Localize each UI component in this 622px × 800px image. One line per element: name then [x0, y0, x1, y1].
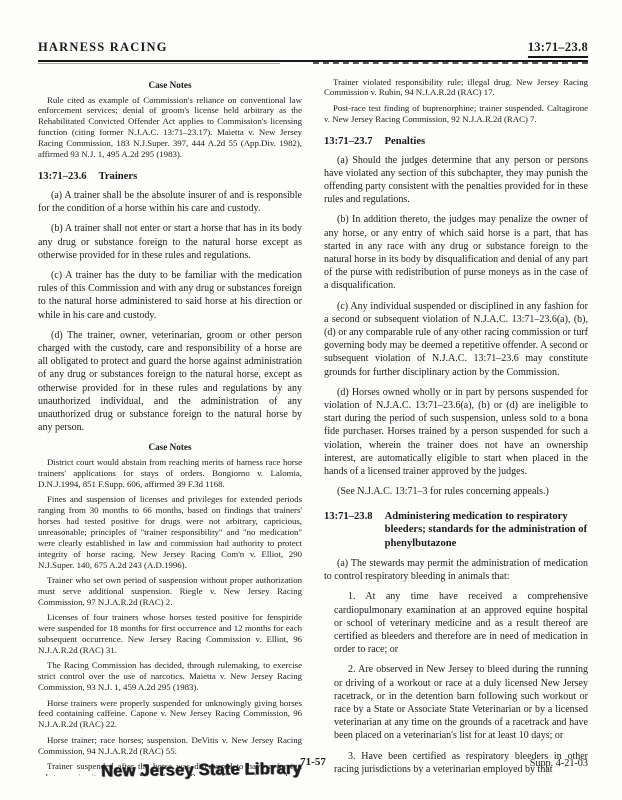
body-paragraph: (d) The trainer, owner, veterinarian, gr… [38, 329, 302, 435]
section-title: Trainers [99, 171, 138, 182]
right-column: Trainer violated responsibility rule; il… [324, 72, 588, 776]
header-rule [38, 60, 588, 66]
section-number: 13:71–23.6 [38, 171, 87, 182]
header-rule-dashed [313, 62, 588, 64]
section-heading: 13:71–23.7Penalties [324, 136, 588, 147]
body-paragraph: (a) The stewards may permit the administ… [324, 557, 588, 583]
case-note: The Racing Commission has decided, throu… [38, 660, 302, 693]
case-notes-heading: Case Notes [38, 80, 302, 90]
body-paragraph: (b) A trainer shall not enter or start a… [38, 222, 302, 262]
appeals-note: (See N.J.A.C. 13:71–3 for rules concerni… [324, 485, 588, 498]
case-note: Trainer who set own period of suspension… [38, 575, 302, 608]
header-rule-shadow [38, 63, 280, 64]
sub-paragraph: 2. Are observed in New Jersey to bleed d… [324, 663, 588, 742]
body-paragraph: (a) Should the judges determine that any… [324, 154, 588, 207]
left-column: Case Notes Rule cited as example of Comm… [38, 72, 302, 776]
sub-paragraph: 1. At any time have received a comprehen… [324, 590, 588, 656]
document-page: HARNESS RACING 13:71–23.8 Case Notes Rul… [0, 0, 622, 800]
page-number: 71-57 [300, 756, 326, 768]
body-paragraph: (a) A trainer shall be the absolute insu… [38, 189, 302, 215]
body-paragraph: (c) Any individual suspended or discipli… [324, 300, 588, 379]
running-head-right: 13:71–23.8 [528, 40, 588, 58]
case-note: Post-race test finding of buprenorphine;… [324, 103, 588, 125]
page-header: HARNESS RACING 13:71–23.8 [38, 40, 588, 58]
case-notes-heading: Case Notes [38, 442, 302, 452]
case-note: Horse trainer; race horses; suspension. … [38, 735, 302, 757]
case-note: Horse trainers were properly suspended f… [38, 698, 302, 731]
library-stamp: New Jersey State Library [101, 759, 302, 782]
case-note: Licenses of four trainers whose horses t… [38, 612, 302, 656]
text-columns: Case Notes Rule cited as example of Comm… [38, 72, 588, 776]
body-paragraph: (b) In addition thereto, the judges may … [324, 213, 588, 292]
section-number: 13:71–23.7 [324, 136, 373, 147]
section-heading: 13:71–23.8Administering medication to re… [324, 510, 588, 551]
section-title: Administering medication to respiratory … [385, 510, 588, 551]
section-number: 13:71–23.8 [324, 510, 373, 551]
supplement-date: Supp. 4-21-03 [530, 758, 588, 769]
body-paragraph: (d) Horses owned wholly or in part by pe… [324, 386, 588, 478]
body-paragraph: (c) A trainer has the duty to be familia… [38, 269, 302, 322]
case-note: Trainer violated responsibility rule; il… [324, 77, 588, 99]
case-note: Rule cited as example of Commission's re… [38, 95, 302, 160]
section-title: Penalties [385, 136, 426, 147]
case-note: Fines and suspension of licenses and pri… [38, 494, 302, 570]
page-footer: New Jersey State Library 71-57 Supp. 4-2… [38, 756, 588, 794]
running-head-left: HARNESS RACING [38, 40, 168, 55]
section-heading: 13:71–23.6Trainers [38, 171, 302, 182]
case-note: District court would abstain from reachi… [38, 457, 302, 490]
